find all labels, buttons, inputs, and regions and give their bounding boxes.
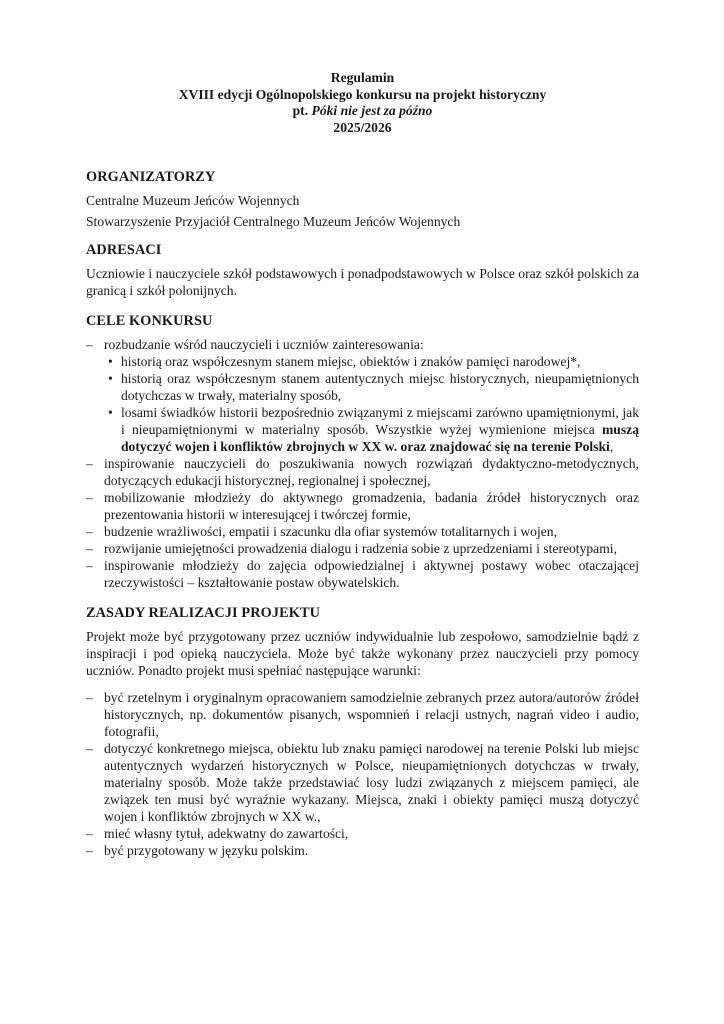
list-item: historią oraz współczesnym stanem autent… — [104, 370, 639, 404]
heading-rules: ZASADY REALIZACJI PROJEKTU — [86, 605, 639, 622]
goal-text: rozbudzanie wśród nauczycieli i uczniów … — [104, 337, 424, 352]
list-item: rozwijanie umiejętności prowadzenia dial… — [86, 540, 639, 557]
title-line-regulamin: Regulamin — [86, 70, 639, 87]
list-item: inspirowanie nauczycieli do poszukiwania… — [86, 455, 639, 489]
title-line-subtitle: pt. Póki nie jest za późno — [86, 103, 639, 120]
title-line-edition: XVIII edycji Ogólnopolskiego konkursu na… — [86, 87, 639, 104]
heading-addressees: ADRESACI — [86, 242, 639, 259]
list-item: historią oraz współczesnym stanem miejsc… — [104, 353, 639, 370]
subtitle-prefix: pt. — [293, 103, 312, 118]
list-item: mieć własny tytuł, adekwatny do zawartoś… — [86, 825, 639, 842]
organizer-item: Stowarzyszenie Przyjaciół Centralnego Mu… — [86, 213, 639, 230]
list-item: losami świadków historii bezpośrednio zw… — [104, 404, 639, 455]
goal-subtext-tail: , — [610, 439, 613, 454]
list-item: być przygotowany w języku polskim. — [86, 842, 639, 859]
goal-subtext: losami świadków historii bezpośrednio zw… — [121, 405, 639, 437]
rules-intro: Projekt może być przygotowany przez uczn… — [86, 628, 639, 679]
list-item: budzenie wrażliwości, empatii i szacunku… — [86, 523, 639, 540]
heading-organizers: ORGANIZATORZY — [86, 169, 639, 186]
list-item: inspirowanie młodzieży do zajęcia odpowi… — [86, 557, 639, 591]
section-goals: CELE KONKURSU rozbudzanie wśród nauczyci… — [86, 313, 639, 591]
list-item: mobilizowanie młodzieży do aktywnego gro… — [86, 489, 639, 523]
list-item: rozbudzanie wśród nauczycieli i uczniów … — [86, 336, 639, 455]
list-item: być rzetelnym i oryginalnym opracowaniem… — [86, 689, 639, 740]
section-rules: ZASADY REALIZACJI PROJEKTU Projekt może … — [86, 605, 639, 859]
title-line-year: 2025/2026 — [86, 120, 639, 137]
goals-sublist: historią oraz współczesnym stanem miejsc… — [104, 353, 639, 455]
subtitle-italic: Póki nie jest za późno — [312, 103, 433, 118]
section-addressees: ADRESACI Uczniowie i nauczyciele szkół p… — [86, 242, 639, 299]
list-item: dotyczyć konkretnego miejsca, obiektu lu… — [86, 740, 639, 825]
organizer-item: Centralne Muzeum Jeńców Wojennych — [86, 192, 639, 209]
document-page: Regulamin XVIII edycji Ogólnopolskiego k… — [86, 70, 639, 869]
heading-goals: CELE KONKURSU — [86, 313, 639, 330]
rules-list: być rzetelnym i oryginalnym opracowaniem… — [86, 689, 639, 859]
document-title: Regulamin XVIII edycji Ogólnopolskiego k… — [86, 70, 639, 136]
goals-list: rozbudzanie wśród nauczycieli i uczniów … — [86, 336, 639, 591]
addressees-text: Uczniowie i nauczyciele szkół podstawowy… — [86, 265, 639, 299]
section-organizers: ORGANIZATORZY Centralne Muzeum Jeńców Wo… — [86, 169, 639, 230]
